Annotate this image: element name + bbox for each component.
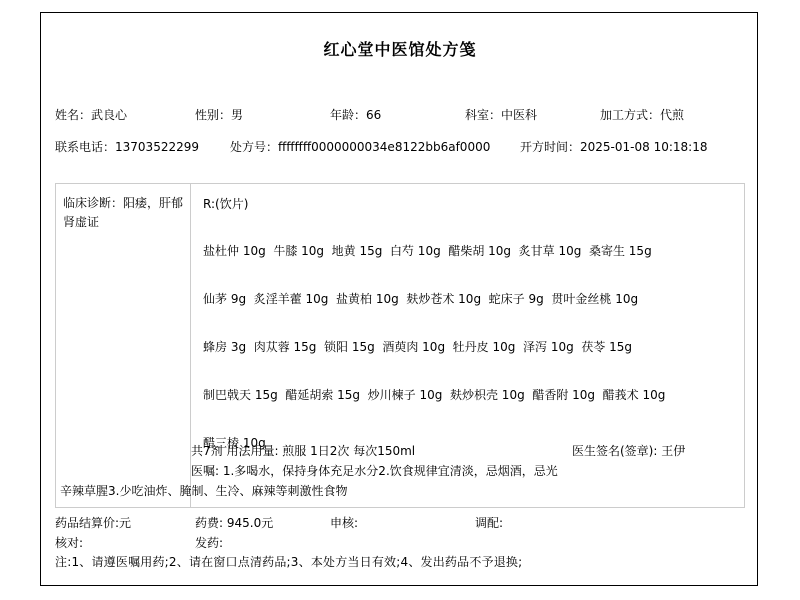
- phone-label: 联系电话：: [55, 140, 115, 154]
- patient-name-label: 姓名：: [55, 108, 91, 122]
- rx-time-label: 开方时间：: [520, 140, 580, 154]
- age-label: 年龄：: [330, 108, 366, 122]
- field-rx-number: 处方号：ffffffff0000000034e8122bb6af0000: [230, 139, 490, 155]
- field-settle-price: 药品结算价:元: [55, 515, 131, 531]
- medicine-row: 盐杜仲 10g 牛膝 10g 地黄 15g 白芍 10g 醋柴胡 10g 炙甘草…: [203, 243, 743, 291]
- processing-label: 加工方式：: [600, 108, 660, 122]
- medicine-fee-value: 945.0元: [227, 516, 273, 530]
- field-gender: 性别：男: [195, 107, 243, 123]
- footer-note: 注:1、请遵医嘱用药;2、请在窗口点清药品;3、本处方当日有效;4、发出药品不予…: [55, 554, 522, 570]
- patient-name-value: 武良心: [91, 108, 127, 122]
- field-medicine-fee: 药费: 945.0元: [195, 515, 273, 531]
- prescription-page: 红心堂中医馆处方笺 姓名：武良心 性别：男 年龄：66 科室：中医科 加工方式：…: [0, 0, 800, 600]
- age-value: 66: [366, 108, 381, 122]
- department-label: 科室：: [465, 108, 501, 122]
- rx-header: R:(饮片): [203, 196, 248, 212]
- doctor-order-line2: 辛辣草腥3.少吃油炸、腌制、生冷、麻辣等刺激性食物: [60, 483, 347, 499]
- medicine-fee-label: 药费:: [195, 516, 227, 530]
- settle-price-label: 药品结算价:: [55, 516, 119, 530]
- doctor-signature-name: 王伊: [661, 444, 685, 458]
- field-phone: 联系电话：13703522299: [55, 139, 199, 155]
- rx-number-label: 处方号：: [230, 140, 278, 154]
- rx-time-value: 2025-01-08 10:18:18: [580, 140, 707, 154]
- department-value: 中医科: [501, 108, 537, 122]
- field-check: 核对:: [55, 535, 83, 551]
- medicine-row: 制巴戟天 15g 醋延胡索 15g 炒川楝子 10g 麸炒枳壳 10g 醋香附 …: [203, 387, 743, 435]
- gender-label: 性别：: [195, 108, 231, 122]
- field-processing-method: 加工方式：代煎: [600, 107, 684, 123]
- field-rx-time: 开方时间：2025-01-08 10:18:18: [520, 139, 707, 155]
- page-title: 红心堂中医馆处方笺: [0, 37, 800, 60]
- doctor-order-line1: 医嘱: 1.多喝水，保持身体充足水分2.饮食规律宜清淡，忌烟酒，忌光: [191, 463, 558, 479]
- diagnosis-divider: [190, 183, 191, 508]
- field-department: 科室：中医科: [465, 107, 537, 123]
- settle-price-value: 元: [119, 516, 131, 530]
- doctor-signature: 医生签名(签章): 王伊: [572, 443, 685, 459]
- medicine-row: 蜂房 3g 肉苁蓉 15g 锁阳 15g 酒萸肉 10g 牡丹皮 10g 泽泻 …: [203, 339, 743, 387]
- processing-value: 代煎: [660, 108, 684, 122]
- field-patient-name: 姓名：武良心: [55, 107, 127, 123]
- field-issue: 发药:: [195, 535, 223, 551]
- usage-line: 共7剂 用法用量: 煎服 1日2次 每次150ml: [191, 443, 415, 459]
- field-review: 申核:: [330, 515, 358, 531]
- field-dispense: 调配:: [475, 515, 503, 531]
- gender-value: 男: [231, 108, 243, 122]
- diagnosis-label: 临床诊断：: [63, 196, 123, 210]
- clinical-diagnosis: 临床诊断：阳痿，肝郁肾虚证: [63, 194, 185, 232]
- phone-value: 13703522299: [115, 140, 199, 154]
- field-age: 年龄：66: [330, 107, 381, 123]
- rx-number-value: ffffffff0000000034e8122bb6af0000: [278, 140, 490, 154]
- medicine-row: 仙茅 9g 炙淫羊藿 10g 盐黄柏 10g 麸炒苍术 10g 蛇床子 9g 贯…: [203, 291, 743, 339]
- doctor-signature-label: 医生签名(签章):: [572, 444, 661, 458]
